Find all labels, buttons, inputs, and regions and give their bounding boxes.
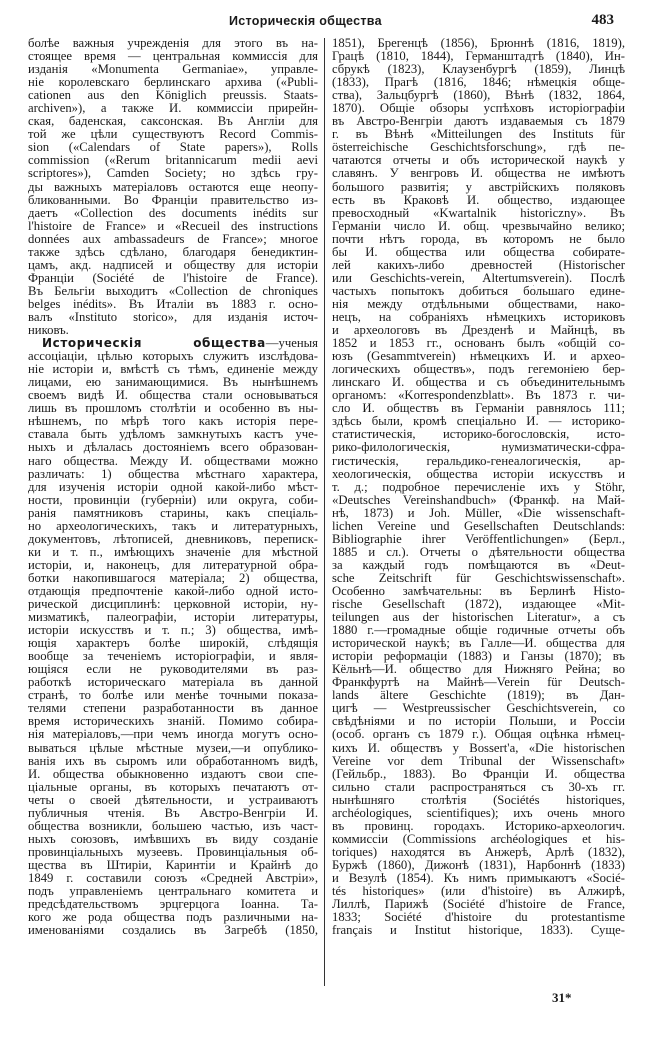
text-line: для изученія исторіи одной какой-либо мѣ… [28, 481, 318, 494]
text-line: подъ управленіемъ центральнаго комитета … [28, 885, 318, 898]
text-line: цамъ, акд. надписей и обществу для истор… [28, 259, 318, 272]
text-line: бликованными. Во Франціи правительство и… [28, 194, 318, 207]
text-line: données aux ambassadeurs de France»; мно… [28, 233, 318, 246]
text-line: ская, баденская, саксонская. Въ Англіи д… [28, 115, 318, 128]
text-line: 1870). Общіе обзоры успѣховъ исторіограф… [332, 102, 625, 115]
text-line: чатаются отчеты и объ исторической наукѣ… [332, 154, 625, 167]
article-heading: Историческія общества [42, 337, 266, 350]
text-line: ботки накопившагося матеріала; 2) общест… [28, 572, 318, 585]
text-line: въ провинц. городахъ. Историко-археологи… [332, 820, 625, 833]
text-line: österreichische Geschichtsforschung», гд… [332, 141, 625, 154]
text-line: archiven»), а также И. коммиссіи прирейн… [28, 102, 318, 115]
text-line: 1880 г.—громадные общіе годичные отчеты … [332, 624, 625, 637]
text-line: или Geschichts-verein, Altertumsverein).… [332, 272, 625, 285]
text-line: нія между отдѣльными обществами, нако- [332, 298, 625, 311]
text-line: за каждый годъ помѣщаются въ «Deut- [332, 559, 625, 572]
text-line: ды важныхъ матеріаловъ остаются еще неоп… [28, 181, 318, 194]
text-line: Буржѣ (1860), Дижонѣ (1831), Нарбоннѣ (1… [332, 859, 625, 872]
text-line: «Deutsches Vereinshandbuch» (Франкф. на … [332, 494, 625, 507]
text-line: отдающія предпочтеніе какой-либо одной и… [28, 585, 318, 598]
text-line: бы И. общества или общества собирате- [332, 246, 625, 259]
text-line: нія матеріаловъ,—при чемъ иногда могутъ … [28, 728, 318, 741]
text-line: Кёльнѣ—И. общество для Нижняго Рейна; во [332, 663, 625, 676]
text-line: лишь въ прошломъ столѣтіи и особенно въ … [28, 402, 318, 415]
text-line: той же цѣли существуютъ Record Commis- [28, 128, 318, 141]
text-line: наго общества. Между И. обществами можно [28, 455, 318, 468]
text-line: гистическія, геральдико-генеалогическія,… [332, 455, 625, 468]
text-line: français и Institut historique, 1833). С… [332, 924, 625, 937]
text-line: также здѣсь сдѣлано, благодаря бенедикти… [28, 246, 318, 259]
text-line: lands ältere Geschichte (1819); въ Дан- [332, 689, 625, 702]
text-line: Грацѣ (1810, 1844), Германштадтѣ (1840),… [332, 50, 625, 63]
text-line: органомъ: «Korrespondenzblatt». Въ 1873 … [332, 389, 625, 402]
text-line: ранія памятниковъ старины, какъ спеціаль… [28, 507, 318, 520]
text-line: г. въ Вѣнѣ «Mitteilungen des Instituts f… [332, 128, 625, 141]
text-line: кого же рода общества подъ различными на… [28, 911, 318, 924]
text-line: 1851), Брегенцѣ (1856), Брюннѣ (1816, 18… [332, 37, 625, 50]
text-line: никовъ. [28, 324, 318, 337]
text-line: работкѣ историческаго матеріала въ данно… [28, 676, 318, 689]
text-line: логическихъ обществъ», подъ гегемоніею б… [332, 363, 625, 376]
text-line: Лиллѣ, Парижѣ (Société d'histoire de Fra… [332, 898, 625, 911]
text-line: ставала быть удѣломъ замкнутыхъ кастъ уч… [28, 428, 318, 441]
text-line: свѣдѣніями и по исторіи Польши, и Россіи [332, 715, 625, 728]
text-line: belges inédits». Въ Италіи въ 1883 г. ос… [28, 298, 318, 311]
text-line: вываться цѣлые мѣстные музеи,—и опублико… [28, 742, 318, 755]
text-line: 1849 г. составили союзъ «Средней Австріи… [28, 872, 318, 885]
text-line: странѣ, то болѣе или менѣе точными показ… [28, 689, 318, 702]
text-line: лицами, ею занимающимися. Въ нынѣшнемъ [28, 376, 318, 389]
text-line: общества возникли, большею частью, изъ ч… [28, 820, 318, 833]
text-line: провинціальныхъ музеевъ. Провинціальныя … [28, 846, 318, 859]
text-line: (1833), Прагѣ (1816, 1846; нѣмецкія обще… [332, 76, 625, 89]
text-line: сло И. обществъ въ Германіи равнялось 11… [332, 402, 625, 415]
text-line: Франкфуртѣ на Майнѣ—Verein für Deutsch- [332, 676, 625, 689]
text-line: (особ. органъ съ 1879 г.). Общая оцѣнка … [332, 728, 625, 741]
article-heading-line: Историческія общества—ученыя [28, 337, 318, 350]
text-line: scriptores»), Camden Society; но здѣсь г… [28, 167, 318, 180]
text-line: лей какихъ-либо древностей (Historischer [332, 259, 625, 272]
text-line: и Везулѣ (1854). Къ нимъ примыкаютъ «Soc… [332, 872, 625, 885]
text-line: ванія ихъ въ сыромъ или обработанномъ ви… [28, 755, 318, 768]
text-line: т. д.; подробное перечисленіе ихъ у Stöh… [332, 481, 625, 494]
text-line: ніе исторіи и, вмѣстѣ съ тѣмъ, единеніе … [28, 363, 318, 376]
text-line: сильно стали распространяться съ 30-хъ г… [332, 781, 625, 794]
text-line: исторіи, и, наконецъ, для литературной о… [28, 559, 318, 572]
text-line: commission («Rerum britannicarum medii a… [28, 154, 318, 167]
text-line: И. общества обыкновенно издаютъ свои спе… [28, 768, 318, 781]
text-line: и археологовъ въ Дрезденѣ и Майнцѣ, въ [332, 324, 625, 337]
text-line: исторической наукѣ; въ Галле—И. общества… [332, 637, 625, 650]
text-line: четы о своей дѣятельности, и устраиваютъ [28, 794, 318, 807]
text-line: болѣе важныя учрежденія для этого въ на- [28, 37, 318, 50]
text-line: нецъ, на собраніяхъ нѣмецкихъ историковъ [332, 311, 625, 324]
text-line: tés historiques» (или d'histoire) въ Алж… [332, 885, 625, 898]
text-line: нѣшнемъ, по мѣрѣ того какъ исторія пере- [28, 415, 318, 428]
text-line: сбрукѣ (1823), Клаузенбургѣ (1859), Линц… [332, 63, 625, 76]
text-line: валъ «Instituto storico», для изданія ис… [28, 311, 318, 324]
text-line: Въ Бельгіи выходитъ «Collection de chron… [28, 285, 318, 298]
text-line: teilungen aus der historischen Literatur… [332, 611, 625, 624]
text-line: archéologiques, scientifiques); ихъ очен… [332, 807, 625, 820]
text-line: своемъ видѣ И. общества стали основывать… [28, 389, 318, 402]
text-line: превосходный «Kwartalnik historiczny». В… [332, 207, 625, 220]
text-line: исторіи искусствъ и т. п.; 3) общества, … [28, 624, 318, 637]
text-line: предсѣдательствомъ эрцгерцога Іоанна. Та… [28, 898, 318, 911]
text-line: sion («Calendars of State papers»), Roll… [28, 141, 318, 154]
text-line: кихъ И. обществъ у Bossert'a, «Die histo… [332, 742, 625, 755]
text-line: здѣсь были, кромѣ спеціально И. — истори… [332, 415, 625, 428]
text-line: l'histoire de France» и «Recueil des ins… [28, 220, 318, 233]
text-line: нѣ, 1873) и Joh. Müller, «Die wissenscha… [332, 507, 625, 520]
text-line: 1833; Société d'histoire du protestantis… [332, 911, 625, 924]
text-line: различать: 1) общества мѣстнаго характер… [28, 468, 318, 481]
text-line: но археологическихъ, такъ и литературных… [28, 520, 318, 533]
column-divider [324, 38, 325, 986]
text-line: рической дисциплинѣ: церковной исторіи, … [28, 598, 318, 611]
text-line: Bibliographie ihrer Veröffentlichungen» … [332, 533, 625, 546]
text-line: рико-филологическія, нумизматически-сфра… [332, 441, 625, 454]
text-line: документовъ, лѣтописей, дневниковъ, пере… [28, 533, 318, 546]
text-line: lichen Vereine und Gesellschaften Deutsc… [332, 520, 625, 533]
text-line: есть въ Краковѣ И. общество, издающее [332, 194, 625, 207]
text-line: стоящее время — центральная коммиссія дл… [28, 50, 318, 63]
text-line: ныхъ союзовъ, имѣвшихъ въ виду созданіе [28, 833, 318, 846]
page-number: 483 [592, 12, 615, 29]
text-line: щества въ Штиріи, Каринтіи и Крайнѣ до [28, 859, 318, 872]
text-line: нынѣшняго столѣтія (Sociétés historiques… [332, 794, 625, 807]
heading-continuation: —ученыя [266, 337, 318, 350]
signature-mark: 31* [552, 990, 572, 1006]
text-line: цигѣ — Westpreussischer Geschichtsverein… [332, 702, 625, 715]
text-line: почти нѣтъ города, въ которомъ не было [332, 233, 625, 246]
text-line: ства), Зальцбургѣ (1860), Вѣнѣ (1832, 18… [332, 89, 625, 102]
text-line: статистическія, историко-богословскія, и… [332, 428, 625, 441]
text-line: публичныя чтенія. Въ Австро-Венгріи И. [28, 807, 318, 820]
text-line: Vereine vor dem Tribunal der Wissenschaf… [332, 755, 625, 768]
text-line: даетъ «Collection des documents inédits … [28, 207, 318, 220]
text-line: Особенно замѣчательны: въ Берлинѣ Histo- [332, 585, 625, 598]
text-line: Франціи (Société de l'histoire de France… [28, 272, 318, 285]
text-line: ющія характеръ болѣе широкій, слѣдящія [28, 637, 318, 650]
text-line: въ Австро-Венгріи даютъ издаваемыя съ 18… [332, 115, 625, 128]
text-line: (Гейльбр., 1883). Во Франціи И. общества [332, 768, 625, 781]
text-line: юзъ (Gesammtverein) нѣмецкихъ И. и архео… [332, 350, 625, 363]
text-line: ности, провинціи (губерніи) или округа, … [28, 494, 318, 507]
text-line: время историческихъ знаній. Помимо собир… [28, 715, 318, 728]
text-line: изданія «Monumenta Germaniae», управле- [28, 63, 318, 76]
running-header: Историческія общества 483 [22, 10, 622, 30]
text-line: 1885 и сл.). Отчеты о дѣятельности общес… [332, 546, 625, 559]
text-line: toriques) находятся въ Анжерѣ, Арлѣ (183… [332, 846, 625, 859]
text-line: коммиссіи (Commissions archéologiques et… [332, 833, 625, 846]
text-line: линскаго И. общества и съ объединительны… [332, 376, 625, 389]
left-column: болѣе важныя учрежденія для этого въ на-… [28, 37, 318, 937]
text-line: славянъ. У венгровъ И. общества не имѣют… [332, 167, 625, 180]
text-line: вообще за теченіемъ исторіографіи, и явл… [28, 650, 318, 663]
text-line: хеологическія, общества исторіи искусств… [332, 468, 625, 481]
text-line: ки и т. п., имѣющихъ значеніе для мѣстно… [28, 546, 318, 559]
text-line: частыхъ попытокъ добиться бо́льшаго един… [332, 285, 625, 298]
text-line: 1852 и 1853 гг., основанъ былъ «общій со… [332, 337, 625, 350]
text-line: именованіями создались въ Загребѣ (1850, [28, 924, 318, 937]
text-line: мизматикѣ, палеографіи, исторіи литерату… [28, 611, 318, 624]
text-line: телями степени разработанности въ данное [28, 702, 318, 715]
text-line: rische Gesellschaft (1872), издающее «Mi… [332, 598, 625, 611]
text-line: ныхъ и дѣлалась достояніемъ всего образо… [28, 441, 318, 454]
text-line: Германіи число И. общ. чрезвычайно велик… [332, 220, 625, 233]
text-line: исторіи реформаціи (1883) и Ганзы (1870)… [332, 650, 625, 663]
header-title: Историческія общества [229, 14, 382, 28]
text-line: ціальные органы, въ которыхъ печатаютъ о… [28, 781, 318, 794]
text-line: ассоціаціи, цѣлью которыхъ служитъ изслѣ… [28, 350, 318, 363]
right-column: 1851), Брегенцѣ (1856), Брюннѣ (1816, 18… [332, 37, 625, 937]
text-line: sche Zeitschrift für Geschichtswissensch… [332, 572, 625, 585]
text-line: cationen aus den Königlich preussis. Sta… [28, 89, 318, 102]
text-line: ніе королевскаго берлинскаго архива («Pu… [28, 76, 318, 89]
text-line: ющіяся если не руководителями въ раз- [28, 663, 318, 676]
text-line: большого развитія; у австрійскихъ поляко… [332, 181, 625, 194]
